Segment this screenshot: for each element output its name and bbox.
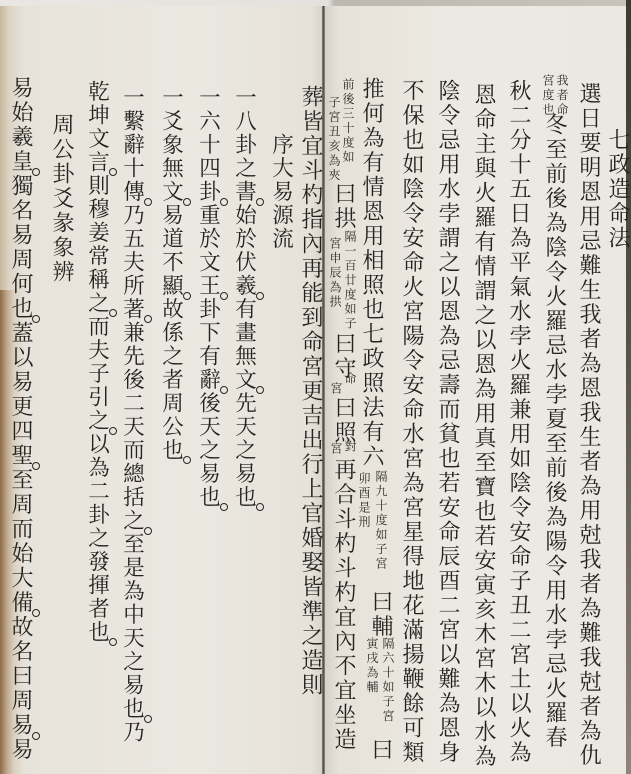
annotation-note: 宮: [330, 382, 342, 397]
punctuation-circle-icon: 。: [32, 609, 40, 617]
punctuation-circle-icon: 。: [256, 503, 264, 511]
annotation-note: 卯酉是刑: [358, 472, 370, 530]
list-item: 一繫辭十傳。乃五夫所著。兼先後二天而總括之。至是為中天之易也。乃: [121, 86, 143, 744]
punctuation-circle-icon: 。: [144, 315, 152, 323]
text-column: 恩命主與火羅有情謂之以恩為用真至寶也若安寅亥木宮木以水為: [472, 83, 494, 769]
punctuation-circle-icon: 。: [109, 427, 117, 435]
text-column: 陰令忌用水孛謂之以恩為忌壽而貧也若安命辰酉二宮以難為恩身: [436, 79, 458, 765]
punctuation-circle-icon: 。: [109, 309, 117, 317]
text-column: 秋二分十五日為平氣水孛火羅兼用如陰令安命子丑二宮土以火為: [507, 79, 529, 765]
text-segment: 曰拱: [332, 182, 354, 231]
text-column: 推何為有情恩用相照也七政照法有六: [360, 77, 382, 469]
punctuation-circle-icon: 。: [109, 168, 117, 176]
punctuation-circle-icon: 。: [32, 315, 40, 323]
text-column: 葬皆宜斗杓指內再能到命宮更吉出行上官婚娶皆準之造則: [299, 85, 321, 698]
text-column: 選日要明恩用忌難生我者為恩我生者為用尅我者為難我尅者為仇: [577, 82, 599, 768]
punctuation-circle-icon: 。: [256, 292, 264, 300]
annotation-note: 宮度也: [542, 74, 554, 118]
text-column: 不保也如陰令安命火宮陽令安命水宮為宮星得地花滿揚鞭餘可類: [400, 79, 422, 765]
text-segment: 再合斗杓斗杓宜內不宜坐造: [332, 458, 354, 752]
punctuation-circle-icon: 。: [144, 198, 152, 206]
annotation-note: 宮申辰為拱: [329, 237, 341, 310]
page-edge: [626, 0, 631, 774]
text-segment: 曰照: [332, 396, 354, 445]
annotation-note: 寅戌為輔: [366, 637, 378, 695]
punctuation-circle-icon: 。: [220, 503, 228, 511]
punctuation-circle-icon: 。: [220, 292, 228, 300]
punctuation-circle-icon: 。: [144, 527, 152, 535]
list-item: 一爻象無文。易道不顯。故係之者周公也。: [160, 86, 182, 462]
list-item: 一八卦之書。始於伏羲。有畫無文。先天之易也。: [233, 86, 255, 509]
section-heading: 序大易源流: [270, 133, 292, 251]
punctuation-circle-icon: 。: [256, 386, 264, 394]
punctuation-circle-icon: 。: [32, 462, 40, 470]
text-segment: 曰輔: [369, 590, 391, 639]
punctuation-circle-icon: 。: [183, 198, 191, 206]
list-item: 一六十四卦。重於文王。卦下有辭。後天之易也。: [197, 86, 219, 509]
punctuation-circle-icon: 。: [220, 198, 228, 206]
annotation-note: 宮: [330, 442, 342, 457]
punctuation-circle-icon: 。: [183, 456, 191, 464]
annotation-note: 我者命: [556, 74, 568, 118]
punctuation-circle-icon: 。: [32, 732, 40, 740]
annotation-note: 命: [344, 372, 356, 387]
annotation-note: 子宮丑亥為夾: [328, 96, 340, 183]
annotation-note: 對: [344, 440, 356, 455]
text-column: 冬至前後為陰令火羅忌水孛夏至前後為陽令用水孛忌火羅春: [543, 113, 565, 750]
text-column: 易始羲皇。獨名易周何也。蓋以易更四聖。至周而始大備。故名曰周易。易: [9, 76, 31, 762]
punctuation-circle-icon: 。: [183, 292, 191, 300]
annotation-note: 隔九十度如子宮: [375, 470, 387, 572]
punctuation-circle-icon: 。: [220, 386, 228, 394]
section-heading: 周公卦爻彖象辨: [50, 113, 72, 285]
annotation-note: 隔一百廿度如子: [344, 230, 356, 332]
annotation-note: 前後三十度如: [342, 78, 354, 165]
section-title: 七政造命法: [606, 128, 628, 251]
text-segment: 曰: [369, 738, 391, 763]
punctuation-circle-icon: 。: [32, 168, 40, 176]
punctuation-circle-icon: 。: [256, 198, 264, 206]
punctuation-circle-icon: 。: [144, 715, 152, 723]
punctuation-circle-icon: 。: [109, 638, 117, 646]
text-column: 乾坤文言。則穆姜常稱之。而夫子引之。以為二卦之發揮者也。: [86, 80, 108, 644]
annotation-note: 隔六十如子宮: [382, 637, 394, 724]
